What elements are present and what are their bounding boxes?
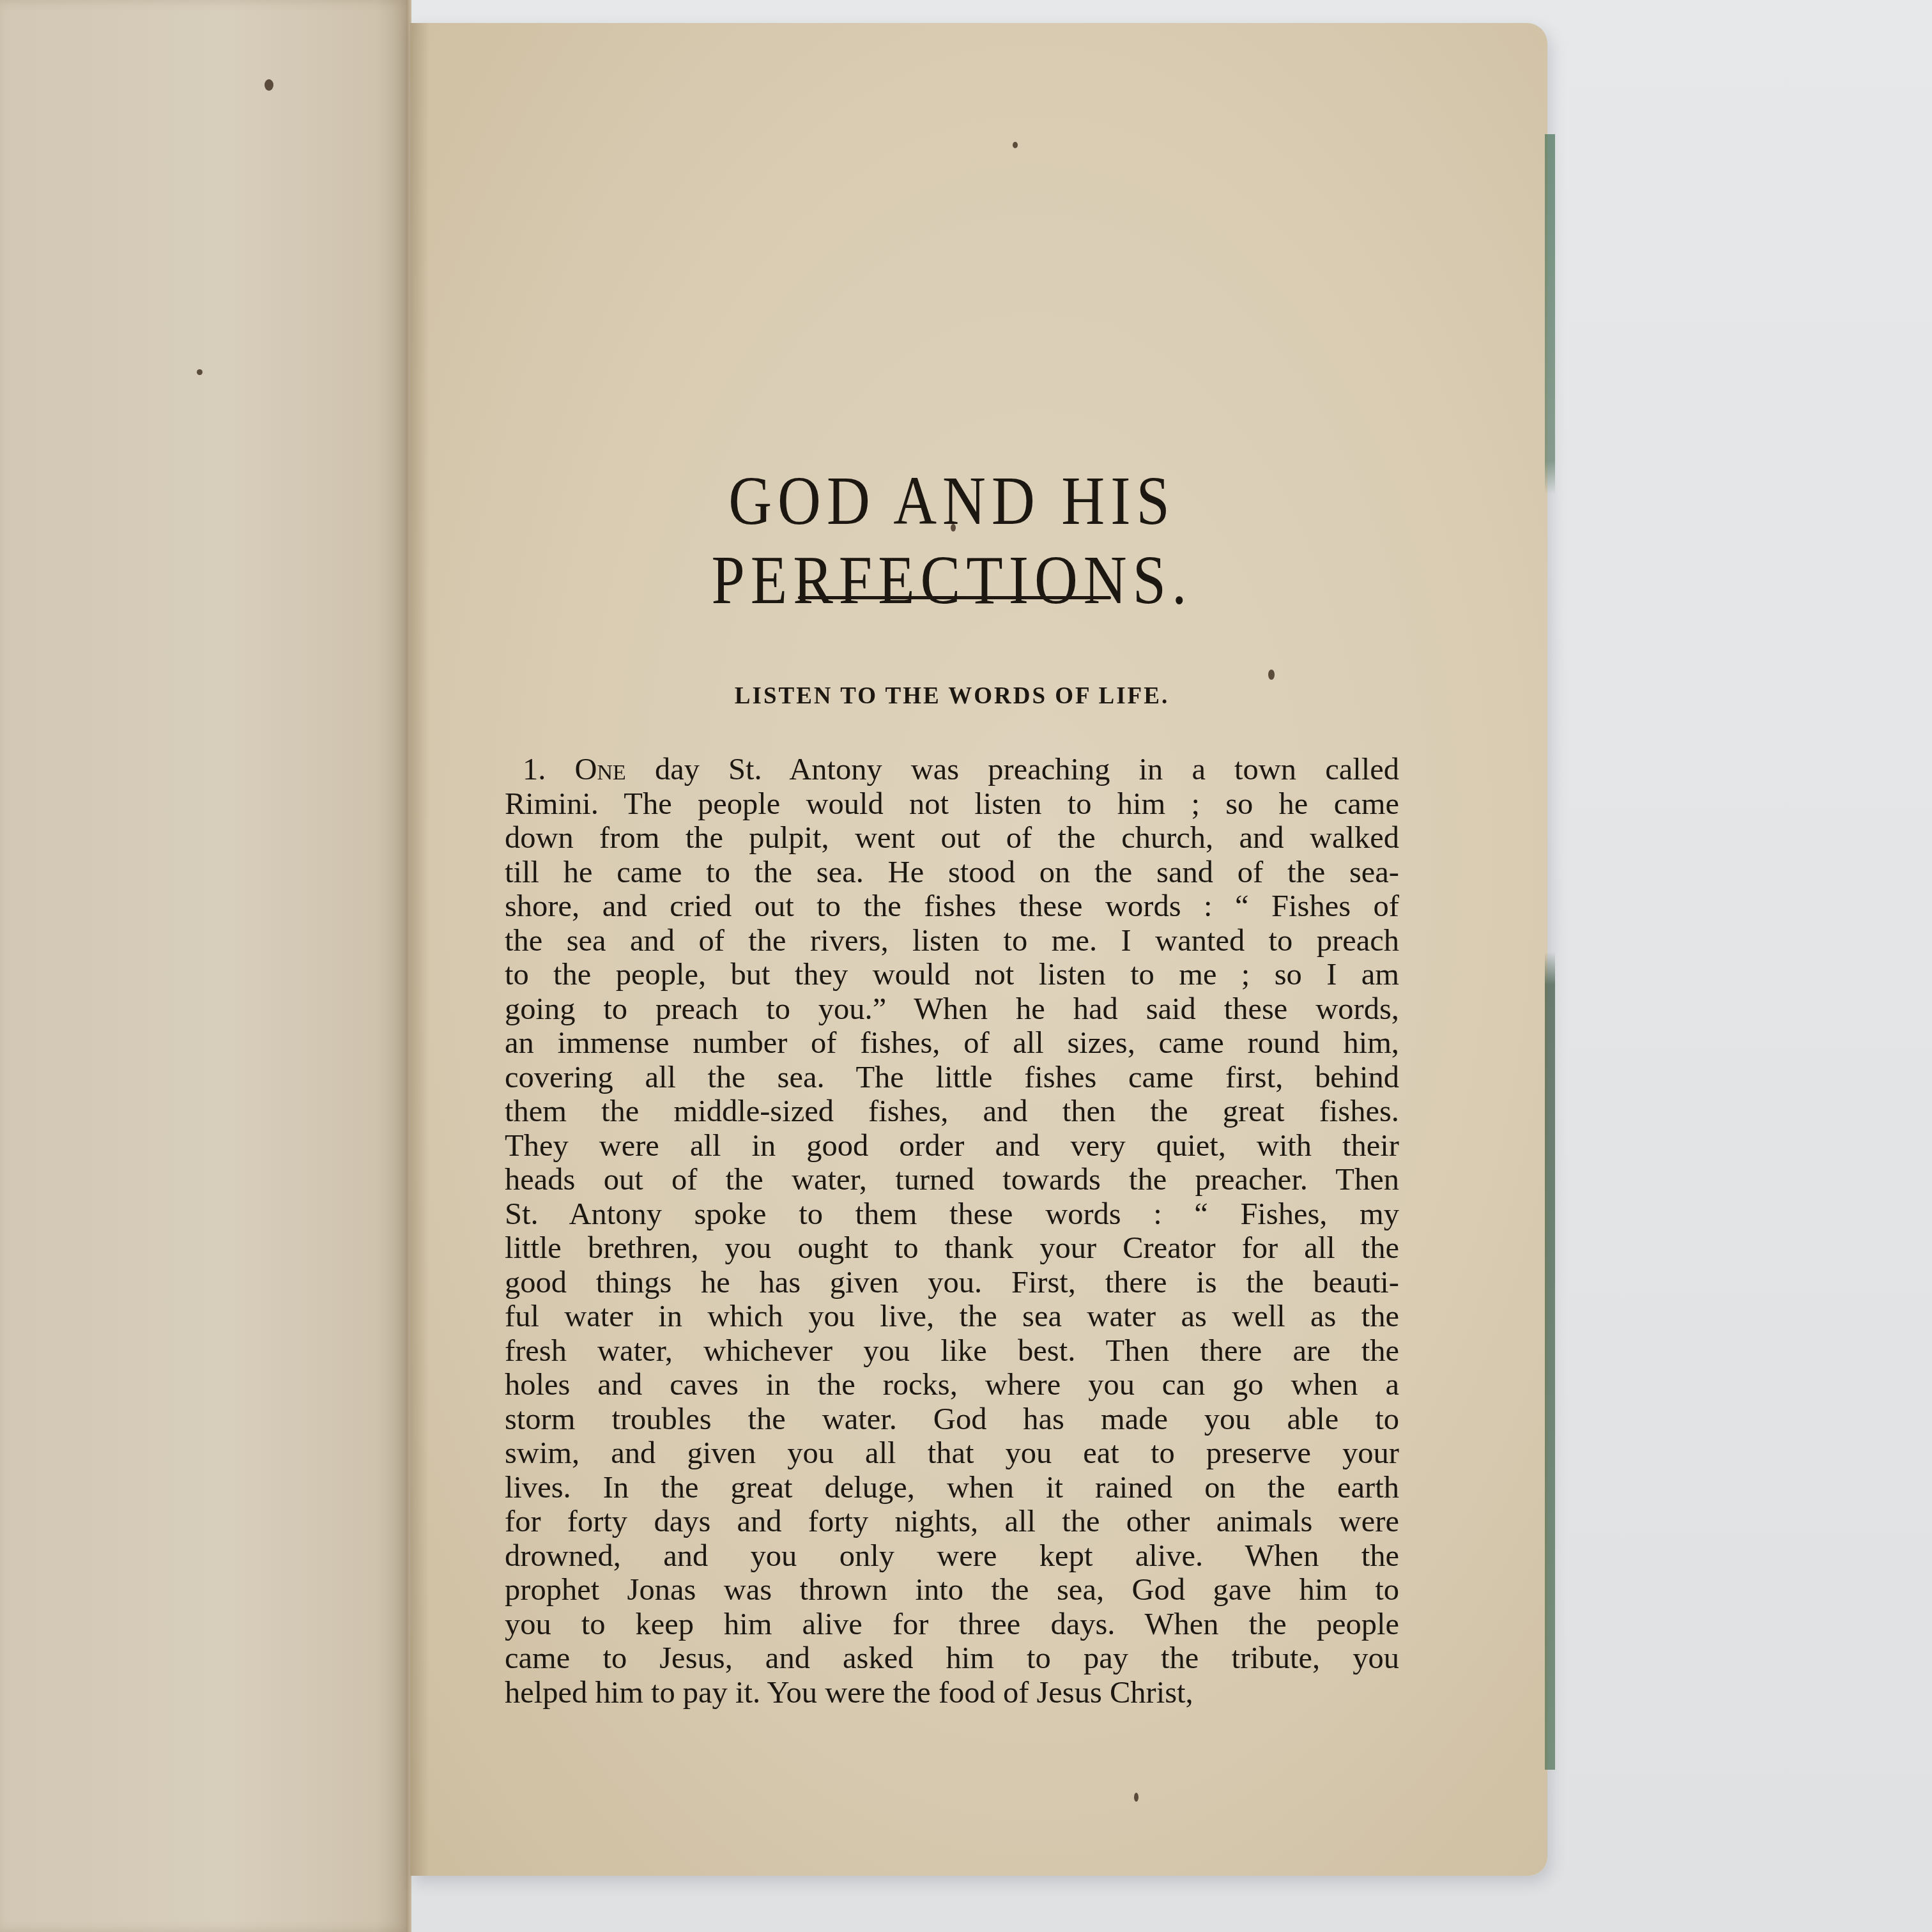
text-line: They were all in good order and very qui… bbox=[505, 1129, 1399, 1163]
page-gutter-shadow bbox=[410, 23, 429, 1876]
text-line: to the people, but they would not listen… bbox=[505, 958, 1399, 992]
text-line: covering all the sea. The little fishes … bbox=[505, 1061, 1399, 1095]
foxing-spot bbox=[264, 79, 273, 91]
text-line: heads out of the water, turned towards t… bbox=[505, 1163, 1399, 1197]
text-line: drowned, and you only were kept alive. W… bbox=[505, 1539, 1399, 1574]
paragraph-1: 1. One day St. Antony was preaching in a… bbox=[505, 753, 1399, 1710]
text-line: storm troubles the water. God has made y… bbox=[505, 1402, 1399, 1437]
text-line: them the middle-sized fishes, and then t… bbox=[505, 1094, 1399, 1129]
text-line: helped him to pay it. You were the food … bbox=[505, 1676, 1399, 1710]
text-line: for forty days and forty nights, all the… bbox=[505, 1505, 1399, 1539]
foxing-spot bbox=[1013, 142, 1018, 148]
text-line: holes and caves in the rocks, where you … bbox=[505, 1368, 1399, 1402]
text-line: St. Antony spoke to them these words : “… bbox=[505, 1197, 1399, 1232]
text-line: going to preach to you.” When he had sai… bbox=[505, 992, 1399, 1027]
text-line: good things he has given you. First, the… bbox=[505, 1266, 1399, 1300]
paragraph-number: 1. bbox=[523, 753, 546, 786]
foxing-spot bbox=[1268, 670, 1275, 680]
text-line-content: day St. Antony was preaching in a town c… bbox=[626, 753, 1399, 786]
text-line: swim, and given you all that you eat to … bbox=[505, 1436, 1399, 1471]
left-page-blank bbox=[0, 0, 409, 1932]
text-line: ful water in which you live, the sea wat… bbox=[505, 1299, 1399, 1334]
text-line: lives. In the great deluge, when it rain… bbox=[505, 1471, 1399, 1505]
text-line: fresh water, whichever you like best. Th… bbox=[505, 1334, 1399, 1368]
text-line: 1. One day St. Antony was preaching in a… bbox=[505, 753, 1399, 787]
text-line: you to keep him alive for three days. Wh… bbox=[505, 1607, 1399, 1642]
foxing-spot bbox=[197, 369, 203, 375]
foxing-spot bbox=[1134, 1793, 1138, 1802]
text-line: little brethren, you ought to thank your… bbox=[505, 1231, 1399, 1266]
first-word: One bbox=[575, 753, 626, 786]
text-line: Rimini. The people would not listen to h… bbox=[505, 787, 1399, 822]
text-line: shore, and cried out to the fishes these… bbox=[505, 889, 1399, 924]
text-line: an immense number of fishes, of all size… bbox=[505, 1026, 1399, 1061]
text-line: till he came to the sea. He stood on the… bbox=[505, 855, 1399, 890]
title-divider-rule bbox=[798, 596, 1111, 599]
text-line: prophet Jonas was thrown into the sea, G… bbox=[505, 1573, 1399, 1607]
text-line: the sea and of the rivers, listen to me.… bbox=[505, 924, 1399, 958]
green-cloth-cover-edge bbox=[1545, 134, 1555, 1770]
text-line: came to Jesus, and asked him to pay the … bbox=[505, 1641, 1399, 1676]
section-heading: LISTEN TO THE WORDS OF LIFE. bbox=[505, 682, 1399, 710]
text-line: down from the pulpit, went out of the ch… bbox=[505, 821, 1399, 855]
